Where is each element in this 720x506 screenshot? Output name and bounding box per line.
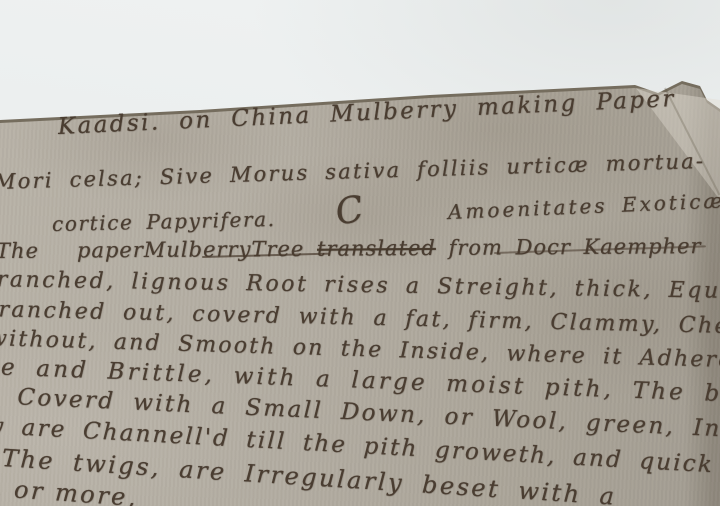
inserted-word: translated (317, 236, 436, 261)
manuscript-line-latin-2: cortice Papyrifera. (52, 209, 276, 234)
heading-pre-text: The paperMulberryTree (0, 237, 317, 263)
marginal-brace-mark: C (333, 191, 366, 231)
manuscript-photo: Kaadsi. on China Mulberry making Paper M… (0, 0, 720, 506)
